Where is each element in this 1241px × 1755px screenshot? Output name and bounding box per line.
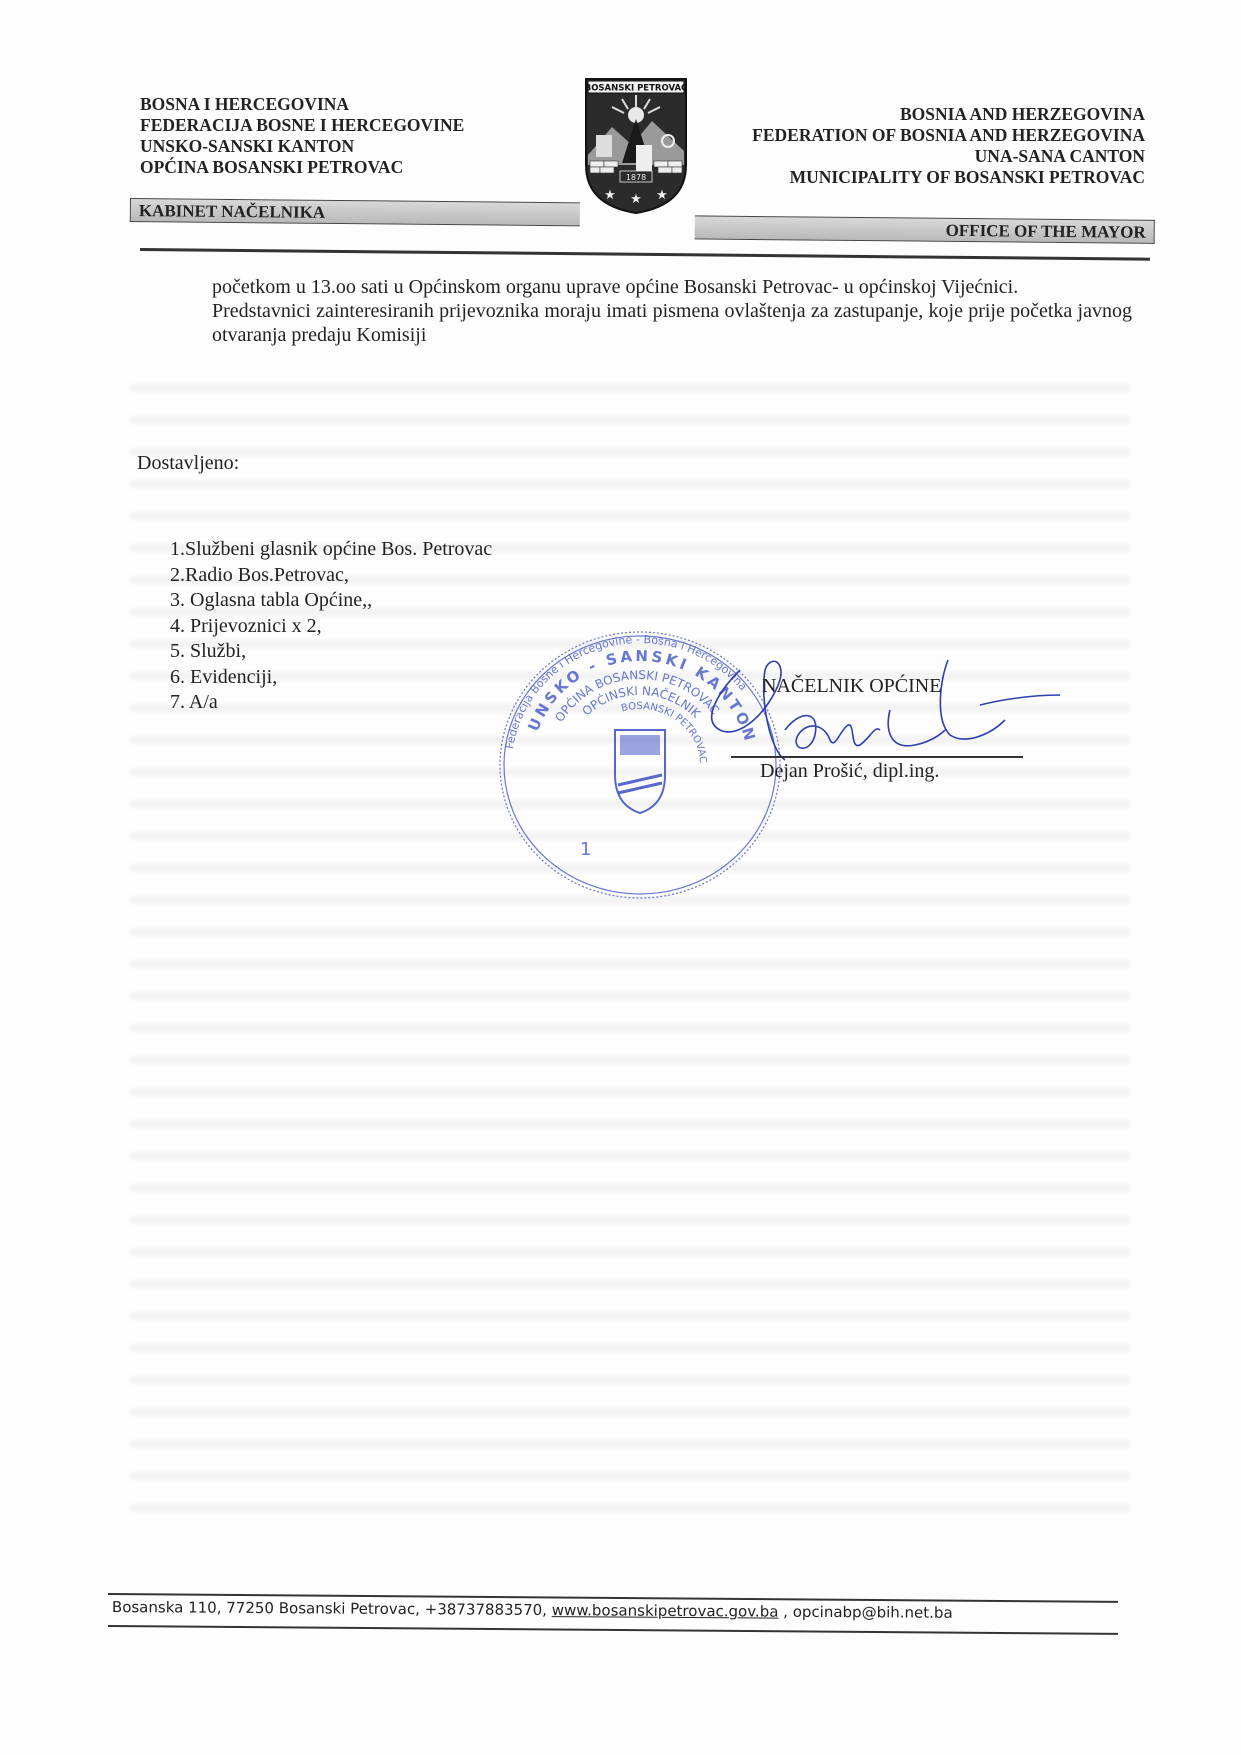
header-left-line: UNSKO-SANSKI KANTON <box>140 136 464 157</box>
header-left-line: OPĆINA BOSANSKI PETROVAC <box>140 157 464 178</box>
header-band: KABINET NAČELNIKA OFFICE OF THE MAYOR <box>130 198 1154 240</box>
office-label-english: OFFICE OF THE MAYOR <box>695 215 1155 243</box>
distribution-item: 5. Službi, <box>170 639 492 665</box>
office-label-local: KABINET NAČELNIKA <box>130 198 580 226</box>
distribution-item: 6. Evidenciji, <box>170 665 492 691</box>
svg-text:★: ★ <box>604 188 616 203</box>
header-right-block: BOSNIA AND HERZEGOVINA FEDERATION OF BOS… <box>752 104 1145 188</box>
crest-year-text: 1878 <box>626 173 646 182</box>
stamp-number: 1 <box>580 839 591 860</box>
header-right-line: UNA-SANA CANTON <box>752 146 1145 167</box>
body-paragraph: Predstavnici zainteresiranih prijevoznik… <box>212 299 1132 347</box>
header-left-line: BOSNA I HERCEGOVINA <box>140 94 464 115</box>
header-left-line: FEDERACIJA BOSNE I HERCEGOVINE <box>140 115 464 136</box>
distribution-item: 7. A/a <box>170 690 492 716</box>
header-right-line: BOSNIA AND HERZEGOVINA <box>752 104 1145 125</box>
header-divider <box>140 248 1150 261</box>
footer-address: Bosanska 110, 77250 Bosanski Petrovac, +… <box>112 1598 552 1619</box>
signature-line <box>731 756 1023 758</box>
footer-separator: , <box>778 1603 792 1621</box>
crest-banner-text: BOSANSKI PETROVAC <box>585 84 688 94</box>
municipal-crest-icon: BOSANSKI PETROVAC 1878 ★★★ <box>582 75 690 215</box>
distribution-item: 1.Službeni glasnik općine Bos. Petrovac <box>170 537 492 563</box>
body-paragraph: početkom u 13.oo sati u Općinskom organu… <box>212 275 1132 299</box>
letter-body: početkom u 13.oo sati u Općinskom organu… <box>212 275 1132 347</box>
footer-contact: Bosanska 110, 77250 Bosanski Petrovac, +… <box>112 1598 953 1622</box>
distribution-item: 3. Oglasna tabla Općine,, <box>170 588 492 614</box>
footer-bottom-rule <box>108 1625 1118 1634</box>
signatory-title: NAČELNIK OPĆINE <box>762 675 941 698</box>
footer-email[interactable]: opcinabp@bih.net.ba <box>793 1603 953 1622</box>
header-right-line: FEDERATION OF BOSNIA AND HERZEGOVINA <box>752 125 1145 146</box>
distribution-heading: Dostavljeno: <box>137 452 239 475</box>
header-right-line: MUNICIPALITY OF BOSANSKI PETROVAC <box>752 167 1145 188</box>
svg-text:★: ★ <box>656 188 668 203</box>
footer-website-link[interactable]: www.bosanskipetrovac.gov.ba <box>552 1601 779 1621</box>
distribution-item: 4. Prijevoznici x 2, <box>170 614 492 640</box>
distribution-item: 2.Radio Bos.Petrovac, <box>170 563 492 589</box>
distribution-list: 1.Službeni glasnik općine Bos. Petrovac … <box>170 537 492 716</box>
signatory-name: Dejan Prošić, dipl.ing. <box>760 760 939 783</box>
header-left-block: BOSNA I HERCEGOVINA FEDERACIJA BOSNE I H… <box>140 94 464 178</box>
